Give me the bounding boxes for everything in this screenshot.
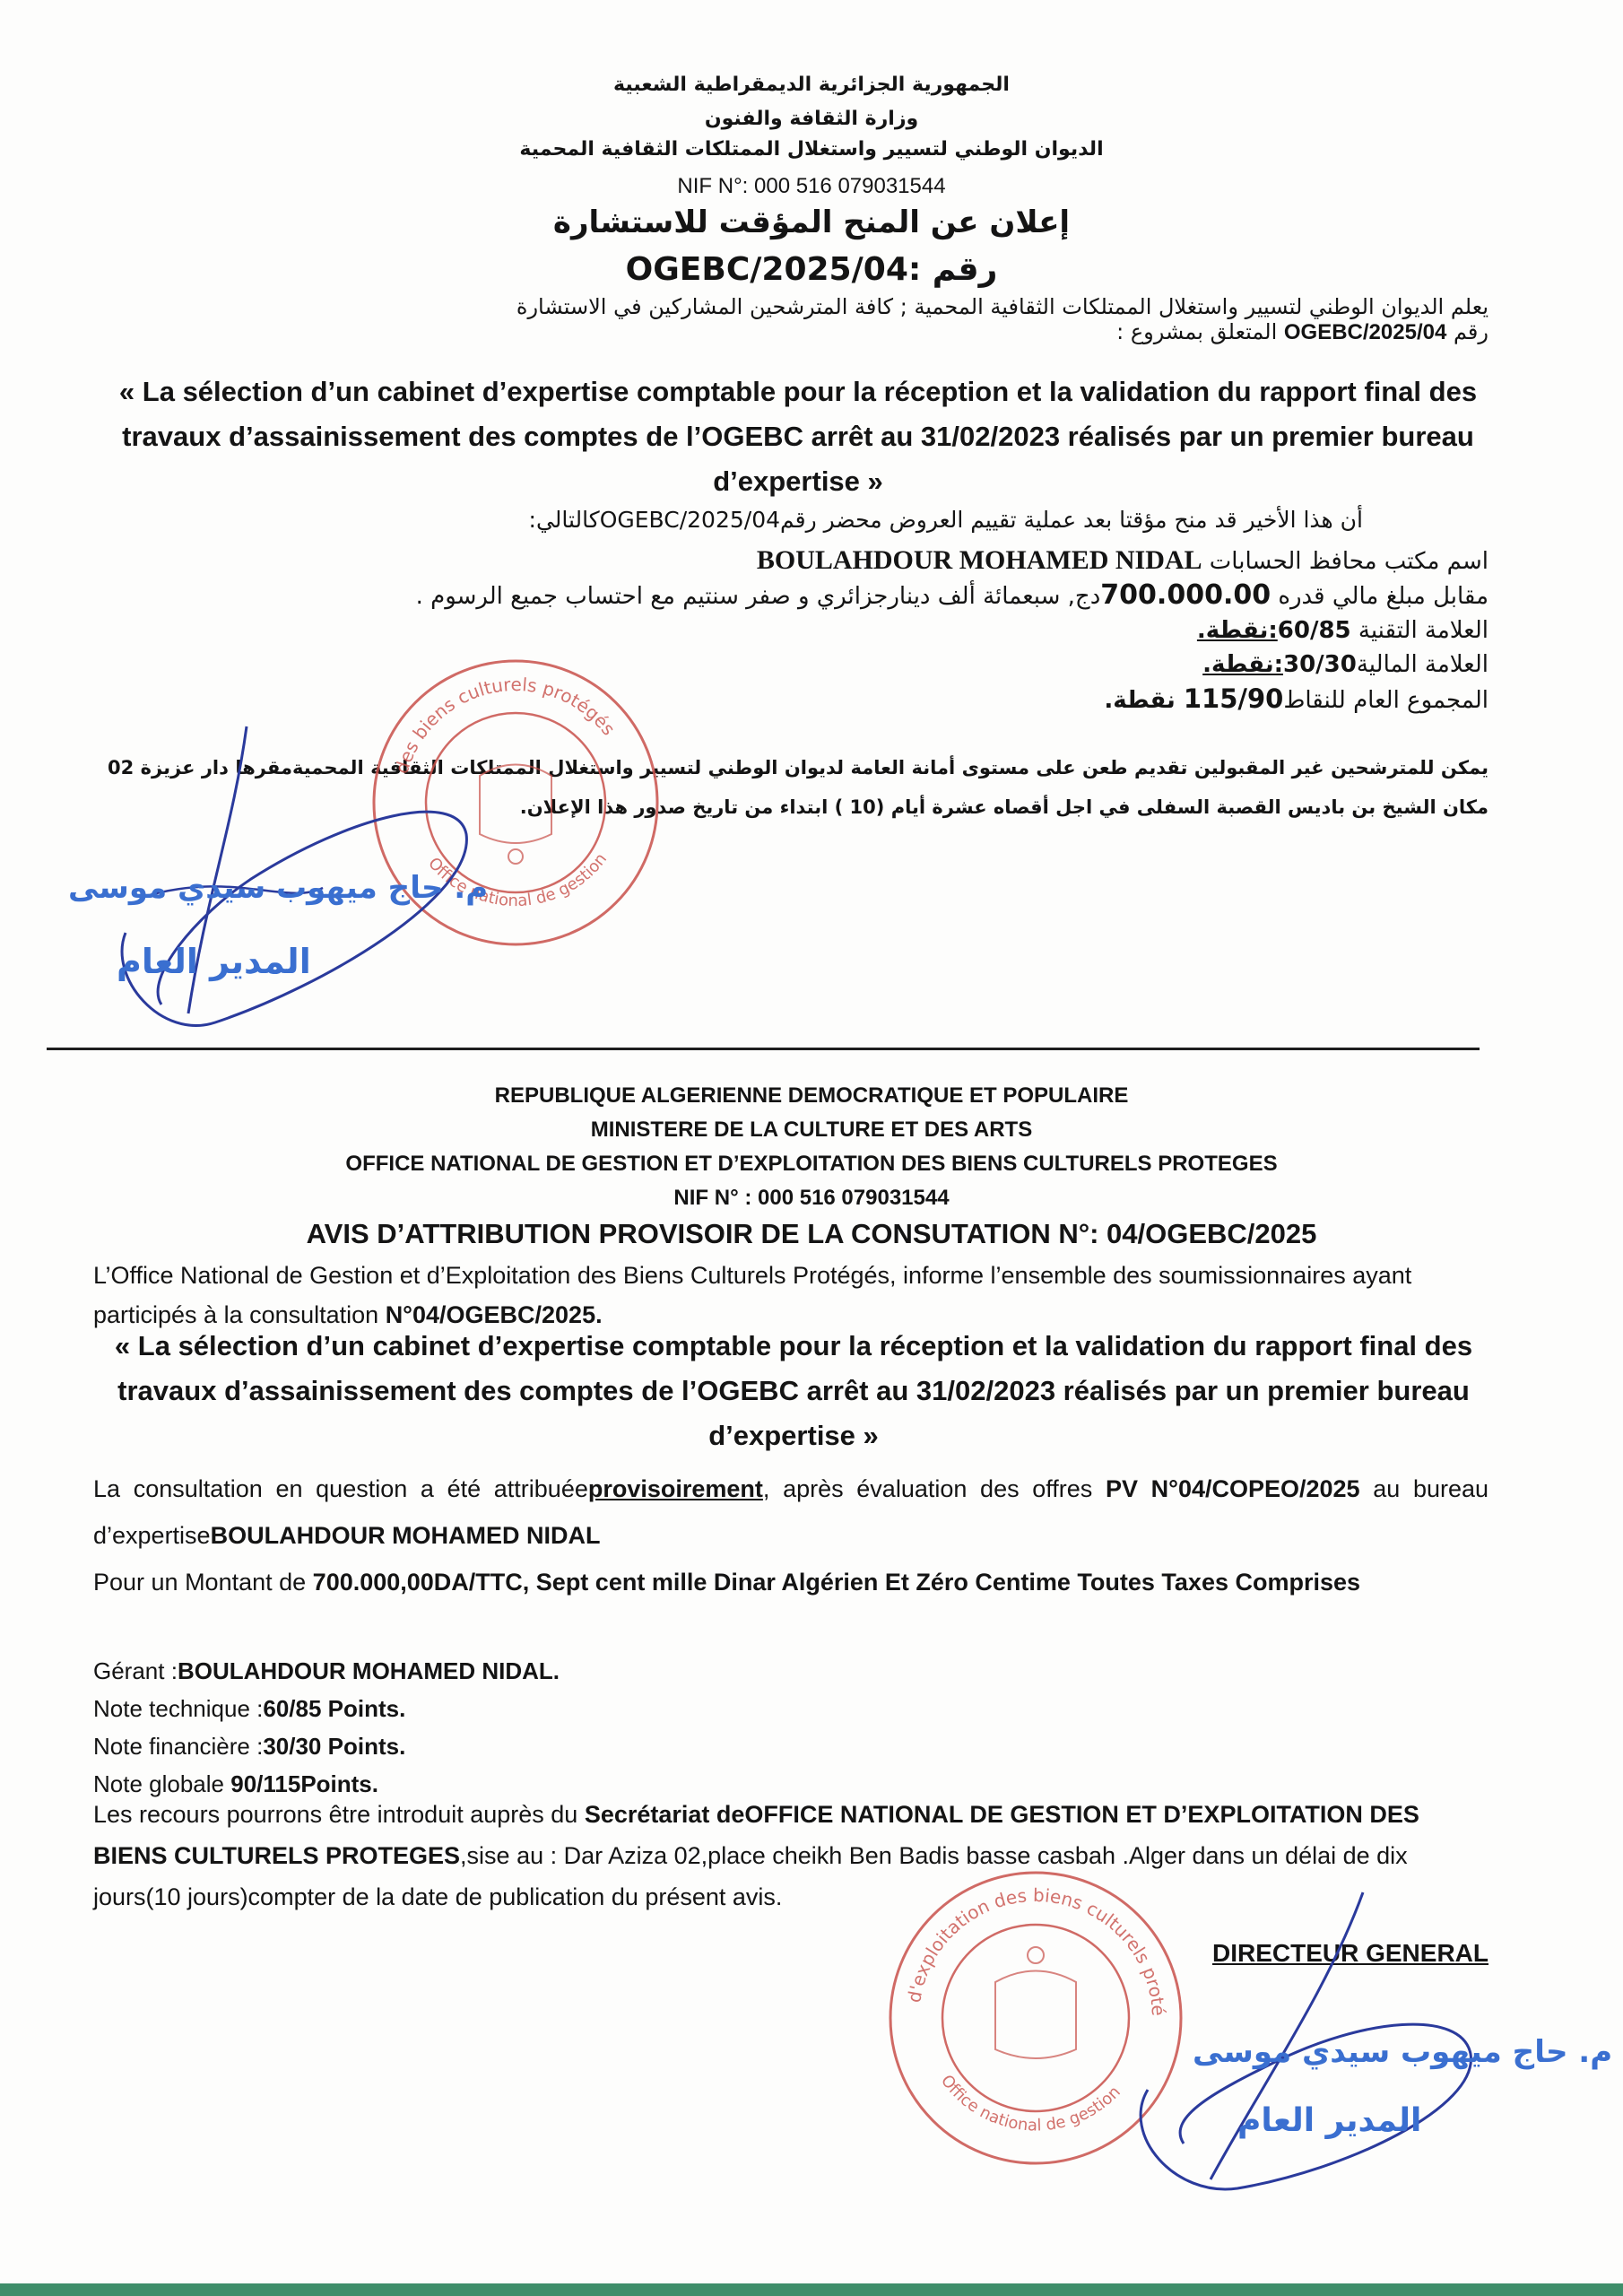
section-divider — [47, 1048, 1480, 1050]
ar-fin-unit: :نقطة. — [1202, 651, 1283, 678]
ar-tech-unit: :نقطة. — [1197, 617, 1278, 644]
ar-total-value: 115/90 — [1184, 683, 1283, 714]
ar-intro-ref: 04/OGEBC/2025 — [1284, 320, 1446, 344]
fr-signature-title: المدير العام — [1237, 2102, 1421, 2139]
fr-tech-value: 60/85 Points. — [263, 1695, 405, 1722]
ar-tech-value: 60/85 — [1278, 617, 1351, 644]
ar-amount-suffix: دج, سبعمائة ألف دينارجزائري و صفر سنتيم … — [416, 583, 1101, 610]
fr-intro: L’Office National de Gestion et d’Exploi… — [93, 1256, 1488, 1335]
svg-text:Office national de gestion: Office national de gestion — [937, 2072, 1124, 2135]
ar-intro-prefix: رقم — [1446, 319, 1488, 344]
ar-subject: « La sélection d’un cabinet d’expertise … — [117, 370, 1480, 504]
ar-details: اسم مكتب محافظ الحسابات BOULAHDOUR MOHAM… — [416, 544, 1488, 717]
ar-fin-label: العلامة المالية — [1357, 651, 1488, 678]
fr-amount-label: Pour un Montant de — [93, 1569, 313, 1596]
ar-title: إعلان عن المنح المؤقت للاستشارة — [0, 204, 1623, 240]
ar-intro-line2: رقم 04/OGEBC/2025 المتعلق بمشروع : — [251, 319, 1488, 345]
fr-manager: Gérant :BOULAHDOUR MOHAMED NIDAL. — [93, 1652, 560, 1690]
ar-office-line: اسم مكتب محافظ الحسابات BOULAHDOUR MOHAM… — [416, 544, 1488, 578]
ar-tech-score: العلامة التقنية 60/85:نقطة. — [416, 613, 1488, 648]
fr-appeal-notice: Les recours pourrons être introduit aupr… — [93, 1794, 1488, 1918]
fr-signature-name: م. حاج ميهوب سيدي موسى — [1193, 2034, 1612, 2070]
ar-office-label: اسم مكتب محافظ الحسابات — [1202, 548, 1488, 575]
fr-subject: « La sélection d’un cabinet d’expertise … — [108, 1324, 1480, 1458]
ar-intro-suffix: المتعلق بمشروع : — [1116, 319, 1284, 344]
ar-amount-label: مقابل مبلغ مالي قدره — [1271, 583, 1488, 610]
fr-nif: NIF N° : 000 516 079031544 — [0, 1186, 1623, 1211]
ar-appeal-notice: يمكن للمترشحين غير المقبولين تقديم طعن ع… — [108, 748, 1488, 827]
ar-total-label: المجموع العام للنقاط — [1283, 687, 1488, 714]
fr-fin-label: Note financière : — [93, 1733, 263, 1760]
fr-awardee-name: BOULAHDOUR MOHAMED NIDAL — [211, 1522, 601, 1549]
fr-header-republic: REPUBLIQUE ALGERIENNE DEMOCRATIQUE ET PO… — [0, 1083, 1623, 1109]
fr-pv-ref: PV N°04/COPEO/2025 — [1106, 1475, 1360, 1502]
fr-award-text: La consultation en question a été attrib… — [93, 1475, 588, 1502]
fr-award-paragraph: La consultation en question a été attrib… — [93, 1465, 1488, 1559]
ar-amount-line: مقابل مبلغ مالي قدره 700.000.00دج, سبعما… — [416, 578, 1488, 613]
fr-amount-value: 700.000,00DA/TTC, Sept cent mille Dinar … — [313, 1569, 1360, 1596]
ar-amount-value: 700.000.00 — [1100, 579, 1271, 611]
fr-header-ministry: MINISTERE DE LA CULTURE ET DES ARTS — [0, 1118, 1623, 1143]
ar-fin-value: 30/30 — [1283, 651, 1357, 678]
ar-total-unit: نقطة. — [1104, 687, 1184, 714]
fr-tech-label: Note technique : — [93, 1695, 263, 1722]
fr-amount-paragraph: Pour un Montant de 700.000,00DA/TTC, Sep… — [93, 1559, 1488, 1605]
fr-header-office: OFFICE NATIONAL DE GESTION ET D’EXPLOITA… — [0, 1152, 1623, 1177]
ar-total-score: المجموع العام للنقاط115/90 نقطة. — [416, 682, 1488, 717]
ar-intro-line1: يعلم الديوان الوطني لتسيير واستغلال المم… — [251, 294, 1488, 319]
ar-nif: NIF N°: 000 516 079031544 — [0, 174, 1623, 199]
fr-award-provisional: provisoirement — [588, 1475, 763, 1502]
fr-fin-value: 30/30 Points. — [263, 1733, 405, 1760]
bottom-border — [0, 2283, 1623, 2296]
fr-award-text2: , après évaluation des offres — [763, 1475, 1106, 1502]
ar-intro: يعلم الديوان الوطني لتسيير واستغلال المم… — [251, 294, 1488, 345]
fr-tech-score: Note technique :60/85 Points. — [93, 1690, 560, 1727]
fr-scores: Gérant :BOULAHDOUR MOHAMED NIDAL. Note t… — [93, 1652, 560, 1803]
ar-office-name: BOULAHDOUR MOHAMED NIDAL — [757, 545, 1202, 575]
ar-header-republic: الجمهورية الجزائرية الديمقراطية الشعبية — [0, 74, 1623, 96]
fr-intro-text: L’Office National de Gestion et d’Exploi… — [93, 1262, 1411, 1328]
ar-signature-title: المدير العام — [117, 942, 311, 981]
fr-fin-score: Note financière :30/30 Points. — [93, 1727, 560, 1765]
ar-header-ministry: وزارة الثقافة والفنون — [0, 108, 1623, 130]
ar-signature-name: م. حاج ميهوب سيدي موسى — [68, 870, 488, 906]
ar-award-line: أن هذا الأخير قد منح مؤقتا بعد عملية تقي… — [305, 507, 1363, 533]
fr-appeal-text: Les recours pourrons être introduit aupr… — [93, 1801, 585, 1828]
ar-tech-label: العلامة التقنية — [1351, 617, 1488, 644]
director-title: DIRECTEUR GENERAL — [1212, 1939, 1488, 1968]
fr-manager-value: BOULAHDOUR MOHAMED NIDAL. — [178, 1657, 560, 1684]
ar-fin-score: العلامة المالية30/30:نقطة. — [416, 648, 1488, 682]
ar-header-office: الديوان الوطني لتسيير واستغلال الممتلكات… — [0, 138, 1623, 161]
fr-title: AVIS D’ATTRIBUTION PROVISOIR DE LA CONSU… — [0, 1218, 1623, 1250]
ar-consultation-number: رقم :04/OGEBC/2025 — [0, 251, 1623, 288]
fr-manager-label: Gérant : — [93, 1657, 178, 1684]
